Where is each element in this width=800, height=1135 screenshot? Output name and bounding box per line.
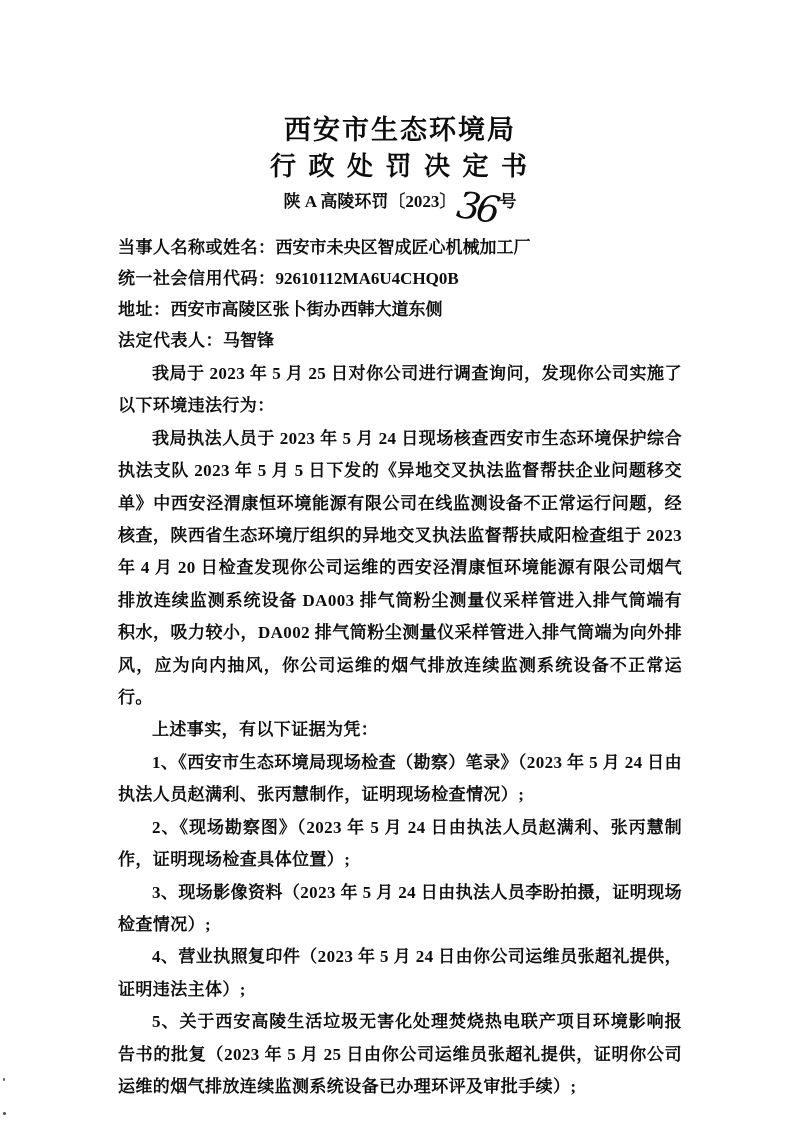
scan-speck — [3, 1078, 5, 1081]
address-line: 地址：西安市高陵区张卜街办西韩大道东侧 — [118, 294, 682, 325]
party-name-line: 当事人名称或姓名：西安市未央区智成匠心机械加工厂 — [118, 232, 682, 263]
credit-code-value: 92610112MA6U4CHQ0B — [276, 269, 459, 288]
party-name-value: 西安市未央区智成匠心机械加工厂 — [276, 238, 531, 257]
paragraph-investigation-intro: 我局于 2023 年 5 月 25 日对你公司进行调查询问，发现你公司实施了以下… — [118, 358, 682, 423]
scan-speck — [3, 1112, 6, 1115]
party-name-label: 当事人名称或姓名： — [118, 238, 276, 257]
address-label: 地址： — [118, 300, 171, 319]
evidence-item-2: 2、《现场勘察图》（2023 年 5 月 24 日由执法人员赵满利、张丙慧制作，… — [118, 812, 682, 877]
party-info-block: 当事人名称或姓名：西安市未央区智成匠心机械加工厂 统一社会信用代码：926101… — [118, 232, 682, 356]
document-number: 陕 A 高陵环罚〔2023〕36号 — [118, 187, 682, 223]
document-number-suffix: 号 — [499, 192, 516, 211]
evidence-item-3: 3、现场影像资料（2023 年 5 月 24 日由执法人员李盼拍摄，证明现场检查… — [118, 877, 682, 942]
document-number-prefix: 陕 A 高陵环罚〔2023〕 — [284, 192, 457, 211]
evidence-item-5: 5、关于西安高陵生活垃圾无害化处理焚烧热电联产项目环境影响报告书的批复（2023… — [118, 1006, 682, 1103]
scan-speck — [270, 1054, 271, 1058]
address-value: 西安市高陵区张卜街办西韩大道东侧 — [171, 300, 443, 319]
legal-representative-label: 法定代表人： — [118, 331, 223, 350]
document-title: 行 政 处 罚 决 定 书 — [118, 150, 682, 184]
legal-representative-value: 马智锋 — [223, 331, 274, 350]
evidence-item-1: 1、《西安市生态环境局现场检查（勘察）笔录》（2023 年 5 月 24 日由执… — [118, 747, 682, 812]
issuing-agency: 西安市生态环境局 — [118, 112, 682, 148]
penalty-decision-document: 西安市生态环境局 行 政 处 罚 决 定 书 陕 A 高陵环罚〔2023〕36号… — [0, 0, 800, 1135]
paragraph-violation-findings: 我局执法人员于 2023 年 5 月 24 日现场核查西安市生态环境保护综合执法… — [118, 423, 682, 715]
document-body: 我局于 2023 年 5 月 25 日对你公司进行调查询问，发现你公司实施了以下… — [118, 358, 682, 1103]
legal-representative-line: 法定代表人：马智锋 — [118, 325, 682, 356]
evidence-item-4: 4、营业执照复印件（2023 年 5 月 24 日由你公司运维员张超礼提供，证明… — [118, 941, 682, 1006]
credit-code-label: 统一社会信用代码： — [118, 269, 276, 288]
document-number-handwritten: 36 — [455, 190, 498, 226]
credit-code-line: 统一社会信用代码：92610112MA6U4CHQ0B — [118, 263, 682, 294]
paragraph-evidence-intro: 上述事实，有以下证据为凭： — [118, 714, 682, 746]
